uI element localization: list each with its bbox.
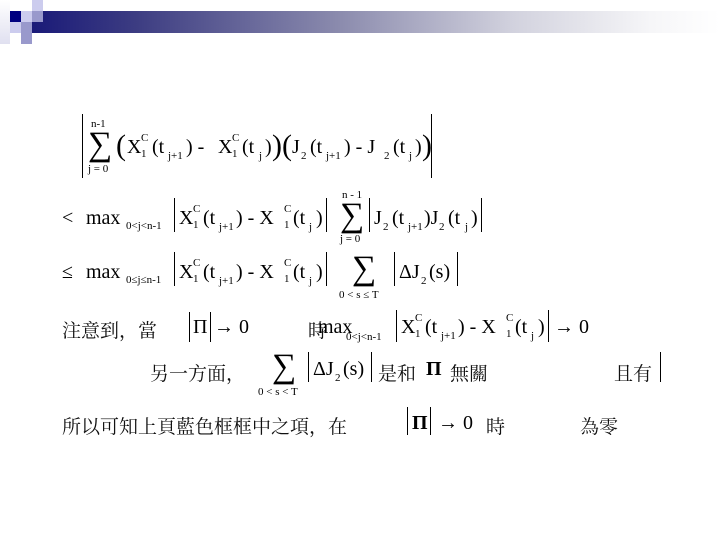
abs-bar [481,198,482,232]
minus-j: ) - J [344,137,375,157]
arg: (s) [429,262,450,282]
x-term: X [179,262,193,282]
sum-lower-limit: 0 < s < T [258,386,298,398]
arg: (t [203,262,215,282]
x-sup: C [193,203,200,215]
j-term: )J [424,208,438,228]
less-than: < [62,208,73,228]
partition-symbol: Π [193,317,207,337]
minus: ) - [186,137,209,157]
arg-sub: j+1 [219,221,234,233]
abs-bar [407,407,408,435]
abs-bar [430,407,431,435]
abs-bar [660,352,661,382]
arg-sub: j [409,150,412,162]
leq: ≤ [62,262,73,282]
x-term: X [127,137,141,157]
minus-x: ) - X [236,208,274,228]
arg: (t [448,208,460,228]
abs-bar [394,252,395,286]
arg: (t [242,137,254,157]
arrow-zero: → 0 [438,413,473,433]
partition-symbol: Π [426,359,442,379]
abs-bar [174,252,175,286]
abs-bar-left [82,114,83,178]
j-sub: 2 [301,150,307,162]
abs-bar [548,310,549,342]
deco-square-mid-3 [21,33,32,44]
x-sub: 1 [193,273,199,285]
deco-square-mid-1 [32,11,43,22]
header-gradient-bar [32,11,720,33]
arg: (t [293,262,305,282]
sum-lower-limit: 0 < s ≤ T [339,289,379,301]
j-sub: 2 [421,275,427,287]
j-sub: 2 [384,150,390,162]
minus-x: ) - X [236,262,274,282]
arg-sub: j [309,221,312,233]
close: ) [316,208,323,228]
arg-sub: j [465,221,468,233]
arg-sub: j+1 [219,275,234,287]
sigma-symbol: ∑ [352,252,376,286]
text-is-and: 是和 [378,359,416,386]
arg: (t [293,208,305,228]
text-is-zero: 為零 [580,412,618,439]
deco-square-light-1 [0,0,10,44]
j-sub: 2 [335,372,341,384]
sum-lower-limit: j = 0 [340,233,360,245]
arg-sub: j+1 [326,150,341,162]
deco-square-light-2 [21,0,32,11]
abs-bar [174,198,175,232]
arg: (t [310,137,322,157]
x-sub: 1 [284,219,290,231]
arg: (t [203,208,215,228]
j-term: J [374,208,382,228]
abs-bar [457,252,458,286]
x-sup: C [506,312,513,324]
deco-square-light-3 [32,0,43,11]
x-sup: C [415,312,422,324]
abs-bar [326,198,327,232]
arg: (t [392,208,404,228]
arg-sub: j [531,330,534,342]
arg-sub: j+1 [168,150,183,162]
x-sub: 1 [284,273,290,285]
arg: (t [152,137,164,157]
abs-bar [308,352,309,382]
x-sub: 1 [193,219,199,231]
abs-bar [210,312,211,342]
x-term: X [401,317,415,337]
x-sup: C [232,132,239,144]
text-note: 注意到，當 [62,316,157,343]
text-when: 時 [486,412,505,439]
arg-sub: j [309,275,312,287]
max-subscript: 0<j<n-1 [126,220,162,232]
close: ) [316,262,323,282]
x-sup: C [284,203,291,215]
arrow-zero: → 0 [554,317,589,337]
deco-square-light-5 [10,22,21,33]
minus-x: ) - X [458,317,496,337]
deco-square-light-4 [21,11,32,22]
open-paren: ( [116,131,126,161]
arg-sub: j [259,150,262,162]
arg: (t [425,317,437,337]
sigma-symbol: ∑ [340,199,364,233]
x-sup: C [193,257,200,269]
close: ) [265,137,272,157]
abs-bar [326,252,327,286]
text-and-has: 且有 [614,359,652,386]
abs-bar [371,352,372,382]
close-paren: ) [272,131,282,161]
deco-square-dark [10,11,21,22]
x-term: X [179,208,193,228]
abs-bar [369,198,370,232]
arg: (t [515,317,527,337]
j-sub: 2 [383,221,389,233]
close: ) [415,137,422,157]
text-conclusion: 所以可知上頁藍色框框中之項，在 [62,412,347,439]
arrow-zero: → 0 [214,317,249,337]
arg: (t [393,137,405,157]
deco-square-mid-2 [21,22,32,33]
max-operator: max [86,208,120,228]
abs-bar-right [431,114,432,178]
x-sub: 1 [141,148,147,160]
x-sub: 1 [232,148,238,160]
sigma-symbol: ∑ [272,350,296,384]
x-term: X [218,137,232,157]
sum-lower-limit: j = 0 [88,163,108,175]
max-subscript: 0≤j≤n-1 [126,274,161,286]
sigma-symbol: ∑ [88,128,112,162]
x-sub: 1 [506,328,512,340]
x-sup: C [141,132,148,144]
max-subscript: 0<j<n-1 [346,331,382,343]
text-unrelated: 無關 [450,359,488,386]
abs-bar [189,312,190,342]
arg: (s) [343,359,364,379]
j-sub: 2 [439,221,445,233]
abs-bar [396,310,397,342]
delta-j: ΔJ [313,359,334,379]
arg-sub: j+1 [408,221,423,233]
text-other-hand: 另一方面， [150,359,245,386]
close: ) [538,317,545,337]
x-sub: 1 [415,328,421,340]
x-sup: C [284,257,291,269]
partition-symbol: Π [412,413,428,433]
arg-sub: j+1 [441,330,456,342]
open-paren: ( [282,131,292,161]
max-operator: max [86,262,120,282]
delta-j: ΔJ [399,262,420,282]
j-term: J [292,137,300,157]
close: ) [471,208,478,228]
